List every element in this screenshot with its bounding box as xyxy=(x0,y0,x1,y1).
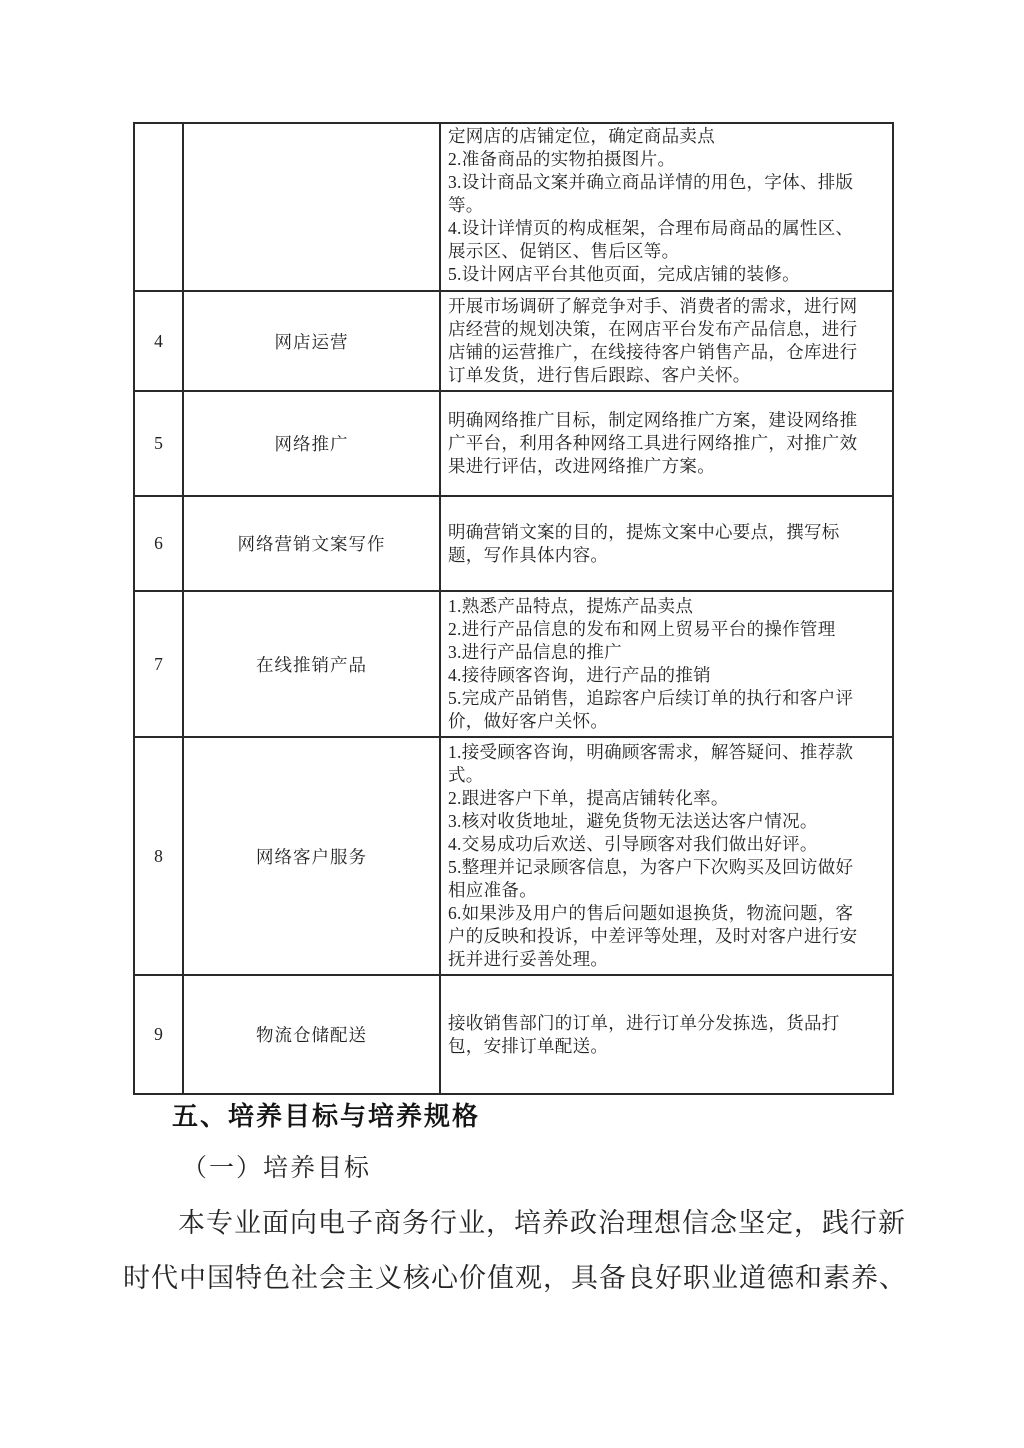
tasks-table: 定网店的店铺定位，确定商品卖点2.准备商品的实物拍摄图片。3.设计商品文案并确立… xyxy=(133,122,894,1095)
task-name-cell: 在线推销产品 xyxy=(183,591,440,737)
description-line: 6.如果涉及用户的售后问题如退换货，物流问题，客 xyxy=(448,902,882,925)
description-line: 等。 xyxy=(448,194,882,217)
description-line: 价，做好客户关怀。 xyxy=(448,710,882,733)
description-line: 店经营的规划决策，在网店平台发布产品信息，进行 xyxy=(448,318,882,341)
task-number-cell xyxy=(134,123,183,291)
table-row: 6网络营销文案写作明确营销文案的目的，提炼文案中心要点，撰写标题，写作具体内容。 xyxy=(134,496,893,591)
description-line: 果进行评估，改进网络推广方案。 xyxy=(448,455,882,478)
description-line: 4.设计详情页的构成框架，合理布局商品的属性区、 xyxy=(448,217,882,240)
job-tasks-table: 定网店的店铺定位，确定商品卖点2.准备商品的实物拍摄图片。3.设计商品文案并确立… xyxy=(133,122,892,1095)
task-number-cell: 7 xyxy=(134,591,183,737)
table-row: 4网店运营开展市场调研了解竞争对手、消费者的需求，进行网店经营的规划决策，在网店… xyxy=(134,291,893,391)
description-line: 订单发货，进行售后跟踪、客户关怀。 xyxy=(448,364,882,387)
task-name-cell xyxy=(183,123,440,291)
task-description-cell: 明确营销文案的目的，提炼文案中心要点，撰写标题，写作具体内容。 xyxy=(440,496,893,591)
table-row: 8网络客户服务1.接受顾客咨询，明确顾客需求，解答疑问、推荐款式。2.跟进客户下… xyxy=(134,737,893,975)
task-description-cell: 1.熟悉产品特点，提炼产品卖点2.进行产品信息的发布和网上贸易平台的操作管理3.… xyxy=(440,591,893,737)
training-objective-paragraph: 本专业面向电子商务行业，培养政治理想信念坚定，践行新时代中国特色社会主义核心价值… xyxy=(123,1196,933,1306)
task-name-cell: 网络推广 xyxy=(183,391,440,496)
paragraph-line: 时代中国特色社会主义核心价值观，具备良好职业道德和素养、 xyxy=(123,1251,933,1306)
description-line: 5.设计网店平台其他页面，完成店铺的装修。 xyxy=(448,263,882,286)
description-line: 5.整理并记录顾客信息，为客户下次购买及回访做好 xyxy=(448,856,882,879)
subsection-heading: （一）培养目标 xyxy=(182,1148,371,1184)
description-line: 1.接受顾客咨询，明确顾客需求，解答疑问、推荐款 xyxy=(448,741,882,764)
task-name-cell: 物流仓储配送 xyxy=(183,975,440,1094)
task-number-cell: 8 xyxy=(134,737,183,975)
task-name-cell: 网店运营 xyxy=(183,291,440,391)
description-line: 定网店的店铺定位，确定商品卖点 xyxy=(448,125,882,148)
description-line: 4.接待顾客咨询，进行产品的推销 xyxy=(448,664,882,687)
table-row: 9物流仓储配送接收销售部门的订单，进行订单分发拣选，货品打包，安排订单配送。 xyxy=(134,975,893,1094)
description-line: 1.熟悉产品特点，提炼产品卖点 xyxy=(448,595,882,618)
description-line: 广平台，利用各种网络工具进行网络推广，对推广效 xyxy=(448,432,882,455)
description-line: 3.进行产品信息的推广 xyxy=(448,641,882,664)
table-row: 定网店的店铺定位，确定商品卖点2.准备商品的实物拍摄图片。3.设计商品文案并确立… xyxy=(134,123,893,291)
description-line: 5.完成产品销售，追踪客户后续订单的执行和客户评 xyxy=(448,687,882,710)
description-line: 2.跟进客户下单，提高店铺转化率。 xyxy=(448,787,882,810)
description-line: 3.核对收货地址，避免货物无法送达客户情况。 xyxy=(448,810,882,833)
description-line: 包，安排订单配送。 xyxy=(448,1035,882,1058)
tasks-table-body: 定网店的店铺定位，确定商品卖点2.准备商品的实物拍摄图片。3.设计商品文案并确立… xyxy=(134,123,893,1094)
description-line: 式。 xyxy=(448,764,882,787)
description-line: 4.交易成功后欢送、引导顾客对我们做出好评。 xyxy=(448,833,882,856)
description-line: 明确营销文案的目的，提炼文案中心要点，撰写标 xyxy=(448,521,882,544)
task-description-cell: 明确网络推广目标，制定网络推广方案，建设网络推广平台，利用各种网络工具进行网络推… xyxy=(440,391,893,496)
description-line: 相应准备。 xyxy=(448,879,882,902)
table-row: 7在线推销产品1.熟悉产品特点，提炼产品卖点2.进行产品信息的发布和网上贸易平台… xyxy=(134,591,893,737)
task-number-cell: 5 xyxy=(134,391,183,496)
description-line: 抚并进行妥善处理。 xyxy=(448,948,882,971)
description-line: 店铺的运营推广，在线接待客户销售产品，仓库进行 xyxy=(448,341,882,364)
description-line: 户的反映和投诉，中差评等处理，及时对客户进行安 xyxy=(448,925,882,948)
task-number-cell: 4 xyxy=(134,291,183,391)
table-row: 5网络推广明确网络推广目标，制定网络推广方案，建设网络推广平台，利用各种网络工具… xyxy=(134,391,893,496)
task-number-cell: 6 xyxy=(134,496,183,591)
section-heading: 五、培养目标与培养规格 xyxy=(172,1096,480,1133)
task-description-cell: 接收销售部门的订单，进行订单分发拣选，货品打包，安排订单配送。 xyxy=(440,975,893,1094)
description-line: 3.设计商品文案并确立商品详情的用色，字体、排版 xyxy=(448,171,882,194)
task-description-cell: 开展市场调研了解竞争对手、消费者的需求，进行网店经营的规划决策，在网店平台发布产… xyxy=(440,291,893,391)
description-line: 2.进行产品信息的发布和网上贸易平台的操作管理 xyxy=(448,618,882,641)
description-line: 展示区、促销区、售后区等。 xyxy=(448,240,882,263)
task-description-cell: 定网店的店铺定位，确定商品卖点2.准备商品的实物拍摄图片。3.设计商品文案并确立… xyxy=(440,123,893,291)
description-line: 2.准备商品的实物拍摄图片。 xyxy=(448,148,882,171)
description-line: 题，写作具体内容。 xyxy=(448,544,882,567)
task-description-cell: 1.接受顾客咨询，明确顾客需求，解答疑问、推荐款式。2.跟进客户下单，提高店铺转… xyxy=(440,737,893,975)
description-line: 开展市场调研了解竞争对手、消费者的需求，进行网 xyxy=(448,295,882,318)
task-name-cell: 网络客户服务 xyxy=(183,737,440,975)
paragraph-line: 本专业面向电子商务行业，培养政治理想信念坚定，践行新 xyxy=(123,1196,933,1251)
task-number-cell: 9 xyxy=(134,975,183,1094)
description-line: 接收销售部门的订单，进行订单分发拣选，货品打 xyxy=(448,1012,882,1035)
description-line: 明确网络推广目标，制定网络推广方案，建设网络推 xyxy=(448,409,882,432)
task-name-cell: 网络营销文案写作 xyxy=(183,496,440,591)
document-page: 定网店的店铺定位，确定商品卖点2.准备商品的实物拍摄图片。3.设计商品文案并确立… xyxy=(0,0,1024,1448)
